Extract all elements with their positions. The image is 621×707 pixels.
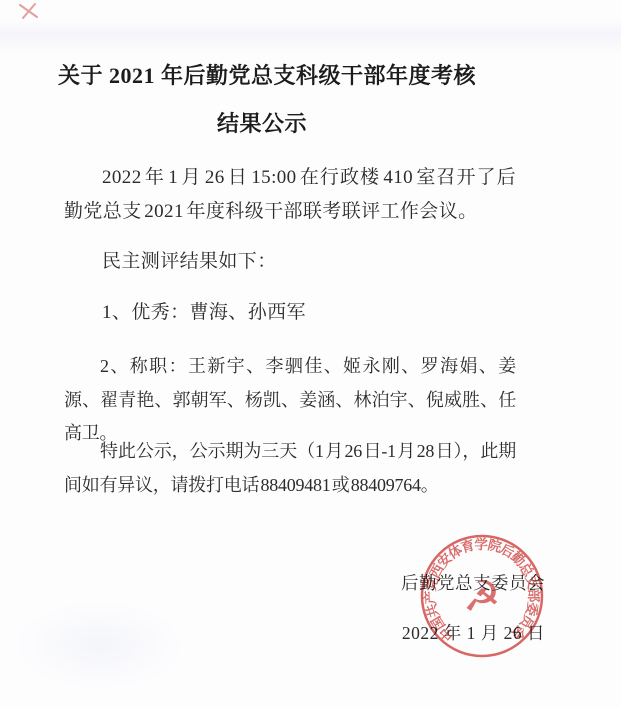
official-seal: 中国共产党西安体育学院后勤总支部委员会 ☭	[418, 532, 546, 660]
intro-paragraph: 2022 年 1 月 26 日 15:00 在行政楼 410 室召开了后勤党总支…	[64, 161, 516, 228]
notice-title-line1: 关于 2021 年后勤党总支科级干部年度考核	[58, 62, 466, 90]
closing-paragraph: 特此公示，公示期为三天（1 月 26 日-1 月 28 日），此期间如有异议，请…	[64, 435, 516, 502]
results-heading: 民主测评结果如下：	[64, 245, 516, 279]
public-notice-document: 关于 2021 年后勤党总支科级干部年度考核 结果公示 2022 年 1 月 2…	[0, 0, 621, 707]
red-pen-mark	[17, 2, 43, 20]
hammer-and-sickle-icon: ☭	[463, 572, 501, 621]
notice-title-line2: 结果公示	[58, 110, 466, 138]
excellent-list-item: 1、优秀：曹海、孙西军	[64, 296, 516, 330]
